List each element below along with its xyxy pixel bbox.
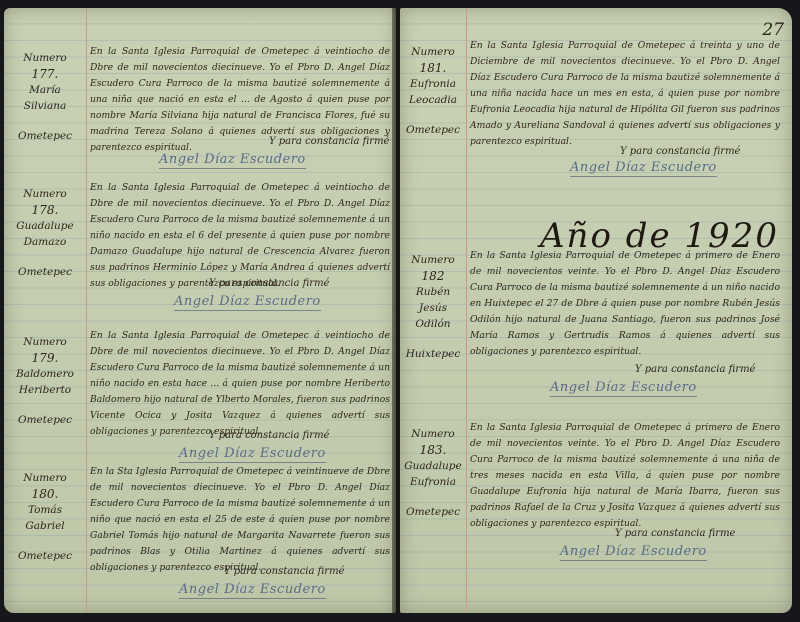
entry-number-label: Numero [8,186,82,202]
priest-signature: Angel Díaz Escudero [550,380,697,397]
entry-margin-note: Numero 183. Guadalupe Eufronia Ometepec [402,426,464,520]
priest-signature: Angel Díaz Escudero [174,294,321,311]
entry-number: 179. [8,350,82,366]
left-page: Numero 177. María Silviana Ometepec En l… [4,8,396,613]
entry-place: Huixtepec [402,346,464,362]
entry-number: 181. [402,60,464,76]
entry-number: 178. [8,202,82,218]
baptized-name: Baldomero Heriberto [8,366,82,398]
priest-signature: Angel Díaz Escudero [179,582,326,599]
entry-text: En la Sta Iglesia Parroquial de Ometepec… [90,464,390,576]
baptized-name: Tomás Gabriel [8,502,82,534]
entry-number-label: Numero [8,470,82,486]
baptized-name: Eufronia Leocadia [402,76,464,108]
entry-place: Ometepec [402,122,464,138]
entry-text: En la Santa Iglesia Parroquial de Ometep… [470,38,780,150]
entry-number: 183. [402,442,464,458]
entry-closing: Y para constancia firme [615,528,735,539]
margin-rule [86,8,87,613]
baptized-name: Guadalupe Damazo [8,218,82,250]
entry-closing: Y para constancia firmé [209,278,329,289]
entry-number-label: Numero [402,426,464,442]
priest-signature: Angel Díaz Escudero [179,446,326,463]
entry-margin-note: Numero 177. María Silviana Ometepec [8,50,82,144]
baptized-name: María Silviana [8,82,82,114]
entry-number-label: Numero [402,252,464,268]
entry-margin-note: Numero 180. Tomás Gabriel Ometepec [8,470,82,564]
entry-margin-note: Numero 182 Rubén Jesús Odilón Huixtepec [402,252,464,362]
entry-place: Ometepec [8,548,82,564]
entry-number: 182 [402,268,464,284]
entry-place: Ometepec [8,128,82,144]
priest-signature: Angel Díaz Escudero [570,160,717,177]
priest-signature: Angel Díaz Escudero [159,152,306,169]
entry-place: Ometepec [8,412,82,428]
baptized-name: Guadalupe Eufronia [402,458,464,490]
baptized-name: Rubén Jesús Odilón [402,284,464,332]
page-number: 27 [762,20,784,40]
entry-margin-note: Numero 178. Guadalupe Damazo Ometepec [8,186,82,280]
entry-place: Ometepec [402,504,464,520]
entry-text: En la Santa Iglesia Parroquial de Ometep… [90,180,390,292]
entry-margin-note: Numero 181. Eufronia Leocadia Ometepec [402,44,464,138]
priest-signature: Angel Díaz Escudero [560,544,707,561]
entry-closing: Y para constancia firmé [620,146,740,157]
entry-closing: Y para constancia firmé [269,136,389,147]
entry-closing: Y para constancia firmé [209,430,329,441]
entry-text: En la Santa Iglesia Parroquial de Ometep… [470,420,780,532]
entry-number-label: Numero [8,334,82,350]
entry-number-label: Numero [402,44,464,60]
entry-number: 177. [8,66,82,82]
entry-closing: Y para constancia firmé [224,566,344,577]
open-register-book: Numero 177. María Silviana Ometepec En l… [4,8,798,613]
entry-margin-note: Numero 179. Baldomero Heriberto Ometepec [8,334,82,428]
entry-place: Ometepec [8,264,82,280]
margin-rule [466,8,467,613]
entry-number-label: Numero [8,50,82,66]
right-page: 27 Numero 181. Eufronia Leocadia Ometepe… [400,8,792,613]
entry-closing: Y para constancia firmé [635,364,755,375]
entry-text: En la Santa Iglesia Parroquial de Ometep… [90,328,390,440]
entry-text: En la Santa Iglesia Parroquial de Ometep… [470,248,780,360]
entry-number: 180. [8,486,82,502]
